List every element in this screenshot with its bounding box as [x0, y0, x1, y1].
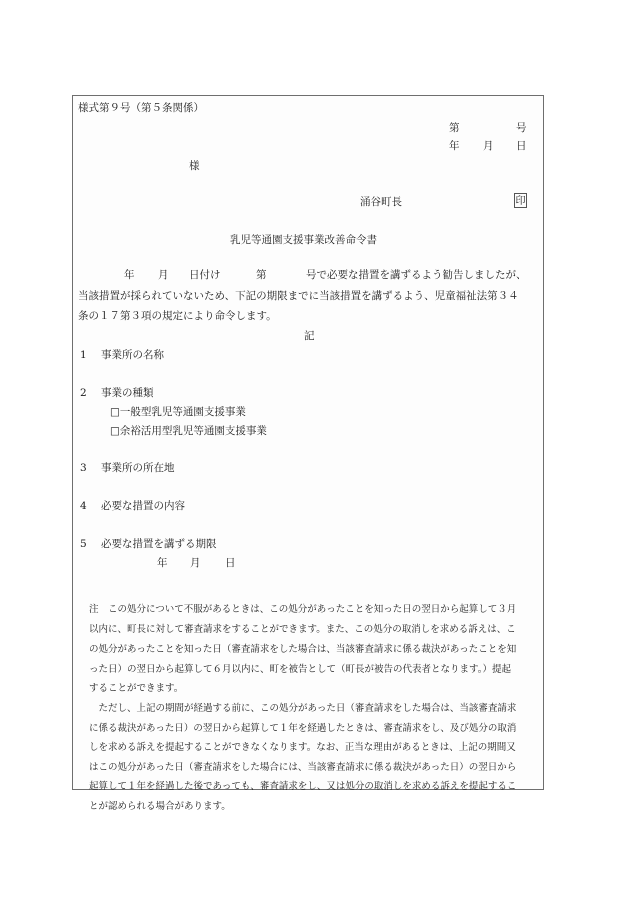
- item-5-number: 5: [80, 537, 87, 551]
- document-title: 乳児等通園支援事業改善命令書: [230, 233, 377, 247]
- form-number: 様式第９号（第５条関係）: [78, 101, 204, 115]
- body-number-prefix: 第: [256, 268, 267, 282]
- doc-number-prefix: 第: [449, 121, 460, 135]
- deadline-day: 日: [225, 556, 236, 570]
- date-day: 日: [516, 139, 527, 153]
- body-date-suffix: 日付け: [189, 268, 221, 282]
- business-type-general[interactable]: □一般型乳児等通園支援事業: [110, 405, 246, 419]
- deadline-year: 年: [157, 556, 168, 570]
- addressee-suffix: 様: [189, 159, 200, 173]
- seal-mark: 印: [514, 193, 527, 208]
- item-4-number: 4: [80, 499, 87, 513]
- body-month: 月: [158, 268, 169, 282]
- note-line: 注 この処分について不服があるときは、この処分があったことを知った日の翌日から起…: [89, 600, 516, 620]
- issuer-name: 涌谷町長: [360, 195, 402, 209]
- note-line: することができます。: [89, 679, 183, 699]
- item-3-label: 事業所の所在地: [101, 461, 175, 475]
- note-line: に係る裁決があった日）の翌日から起算して１年を経過したときは、審査請求をし、及び…: [89, 719, 516, 739]
- doc-number-suffix: 号: [516, 121, 527, 135]
- item-5-label: 必要な措置を講ずる期限: [101, 537, 217, 551]
- item-2-label: 事業の種類: [101, 386, 154, 400]
- ki-heading: 記: [304, 329, 315, 343]
- note-line: ただし、上記の期間が経過する前に、この処分があった日（審査請求をした場合は、当該…: [89, 699, 516, 719]
- item-1-label: 事業所の名称: [101, 348, 164, 362]
- note-line: はこの処分があった日（審査請求をした場合には、当該審査請求に係る裁決があった日）…: [89, 758, 516, 778]
- note-line: の処分があったことを知った日（審査請求をした場合は、当該審査請求に係る裁決があっ…: [89, 640, 516, 660]
- note-line: った日）の翌日から起算して６月以内に、町を被告として（町長が被告の代表者となりま…: [89, 660, 511, 680]
- item-4-label: 必要な措置の内容: [101, 499, 185, 513]
- body-line2: 当該措置が採られていないため、下記の期限までに当該措置を講ずるよう、児童福祉法第…: [78, 289, 519, 303]
- business-type-surplus[interactable]: □余裕活用型乳児等通園支援事業: [110, 424, 267, 438]
- note-line: 以内に、町長に対して審査請求をすることができます。また、この処分の取消しを求める…: [89, 620, 516, 640]
- item-2-number: 2: [80, 386, 87, 400]
- body-year: 年: [124, 268, 135, 282]
- note-line: 起算して１年を経過した後であっても、審査請求をし、又は処分の取消しを求める訴えを…: [89, 777, 516, 797]
- note-line: とが認められる場合があります。: [89, 797, 231, 817]
- note-line: しを求める訴えを提起することができなくなります。なお、正当な理由があるときは、上…: [89, 738, 516, 758]
- body-line3: 条の１７第３項の規定により命令します。: [78, 309, 277, 323]
- item-3-number: 3: [80, 461, 87, 475]
- body-line1-rest: 号で必要な措置を講ずるよう勧告しましたが、: [306, 268, 527, 282]
- date-month: 月: [483, 139, 494, 153]
- date-year: 年: [449, 139, 460, 153]
- item-1-number: 1: [80, 348, 87, 362]
- deadline-month: 月: [190, 556, 201, 570]
